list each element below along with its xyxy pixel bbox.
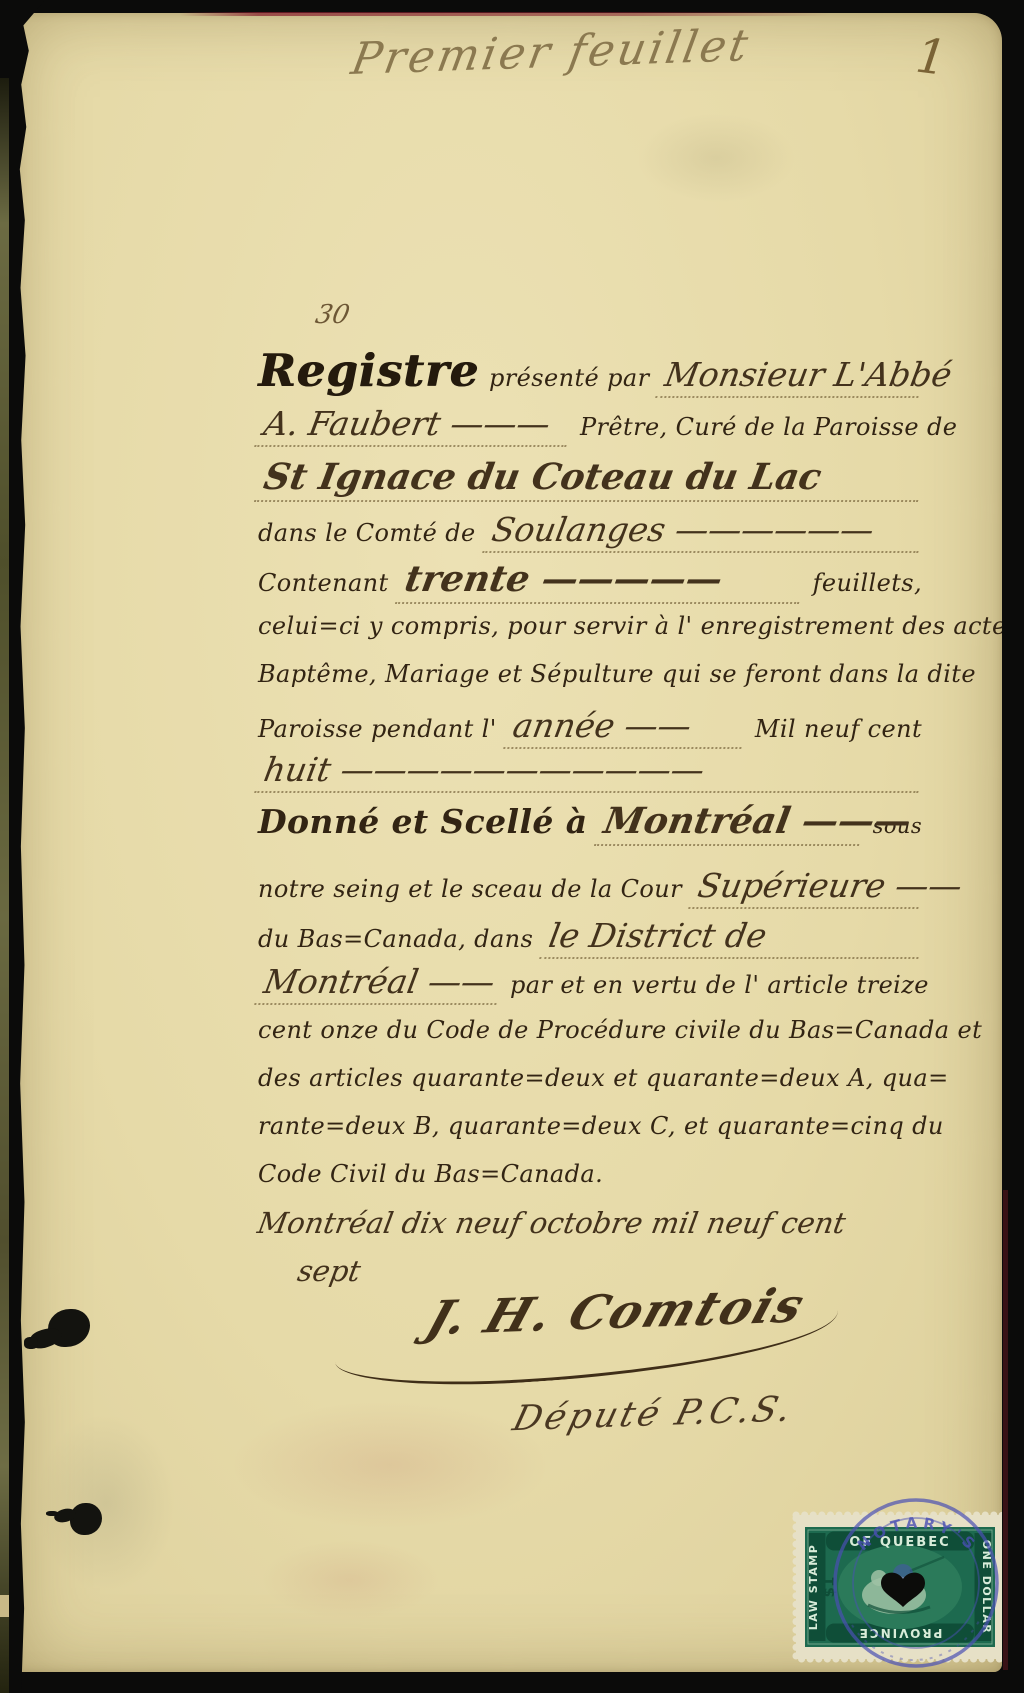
form-line-2: A. Faubert ——— Prêtre, Curé de la Parois… [258, 404, 922, 447]
printed-text: par et en vertu de l' article treize [510, 971, 922, 999]
printed-text: notre seing et le sceau de la Cour [258, 875, 682, 903]
spine-paper-chip [0, 1595, 10, 1617]
red-edge-mark [180, 12, 830, 16]
ink-blot [46, 1491, 108, 1553]
document-page: Premier feuillet 1 30 Registre présenté … [16, 13, 1002, 1672]
handwritten-entry: Montréal —— [254, 962, 504, 1005]
form-line-7: Baptême, Mariage et Sépulture qui se fer… [258, 660, 922, 688]
printed-text: Prêtre, Curé de la Paroisse de [580, 413, 922, 441]
handwritten-entry: A. Faubert ——— [254, 404, 574, 447]
printed-text: feuillets, [813, 569, 922, 597]
handwritten-entry: année —— [503, 706, 749, 749]
handwritten-date: sept [295, 1254, 363, 1288]
form-title: Registre [258, 344, 479, 397]
printed-text: Donné et Scellé à [258, 802, 588, 841]
handwritten-entry: Montréal ——— [593, 800, 866, 846]
maroon-edge-mark [1003, 1190, 1008, 1670]
handwritten-entry: Monsieur L'Abbé [656, 355, 926, 398]
form-line-1: Registre présenté par Monsieur L'Abbé [258, 344, 922, 398]
ink-blot [24, 1303, 96, 1373]
stamp-left-text: LAW STAMP [807, 1544, 820, 1631]
form-line-15: des articles quarante=deux et quarante=d… [258, 1064, 922, 1092]
signature-title: Député P.C.S. [509, 1383, 993, 1439]
form-line-8: Paroisse pendant l' année —— Mil neuf ce… [258, 706, 922, 749]
law-stamp: OF QUEBEC PROVINCE LAW STAMP ONE DOLLAR … [782, 1475, 1002, 1672]
printed-text: dans le Comté de [258, 519, 476, 547]
printed-text: Baptême, Mariage et Sépulture qui se fer… [258, 660, 976, 688]
printed-text: des articles quarante=deux et quarante=d… [258, 1064, 949, 1092]
printed-text: Paroisse pendant l' [258, 715, 497, 743]
form-line-5: Contenant trente ————— feuillets, [258, 558, 922, 604]
form-line-12: du Bas=Canada, dans le District de [258, 916, 922, 959]
form-line-17: Code Civil du Bas=Canada. [258, 1160, 922, 1188]
printed-text: Contenant [258, 569, 389, 597]
form-line-4: dans le Comté de Soulanges —————— [258, 510, 922, 553]
handwritten-entry: le District de [539, 916, 925, 959]
form-line-3: St Ignace du Coteau du Lac [258, 456, 922, 502]
form-line-9: huit ——————————— [258, 750, 922, 793]
handwritten-entry: Supérieure —— [688, 866, 926, 909]
scanned-register-page: Premier feuillet 1 30 Registre présenté … [0, 0, 1024, 1693]
printed-text: Mil neuf cent [755, 715, 922, 743]
paper-stain [636, 113, 796, 203]
form-line-13: Montréal —— par et en vertu de l' articl… [258, 962, 922, 1005]
printed-text: du Bas=Canada, dans [258, 925, 533, 953]
printed-text: présenté par [489, 364, 649, 392]
handwritten-entry: Soulanges —————— [482, 510, 926, 553]
printed-text: celui=ci y compris, pour servir à l' enr… [258, 612, 1002, 640]
handwritten-entry: trente ————— [395, 558, 807, 604]
form-line-14: cent onze du Code de Procédure civile du… [258, 1016, 922, 1044]
handwritten-date: Montréal dix neuf octobre mil neuf cent [255, 1206, 848, 1240]
handwritten-entry: huit ——————————— [254, 750, 926, 793]
form-line-6: celui=ci y compris, pour servir à l' enr… [258, 612, 922, 640]
register-form: Registre présenté par Monsieur L'Abbé A.… [258, 338, 922, 1318]
page-number: 1 [913, 28, 979, 91]
paper-stain [260, 1540, 440, 1620]
paper-stain [230, 1400, 550, 1530]
form-line-16: rante=deux B, quarante=deux C, et quaran… [258, 1112, 922, 1140]
form-line-10: Donné et Scellé à Montréal ——— sous [258, 800, 922, 846]
form-line-18: Montréal dix neuf octobre mil neuf cent [258, 1206, 922, 1240]
form-line-11: notre seing et le sceau de la Cour Supér… [258, 866, 922, 909]
handwritten-entry: St Ignace du Coteau du Lac [254, 456, 926, 502]
premier-feuillet-note: Premier feuillet [312, 19, 791, 87]
printed-text: rante=deux B, quarante=deux C, et quaran… [258, 1112, 944, 1140]
register-number: 30 [313, 300, 352, 330]
printed-text: cent onze du Code de Procédure civile du… [258, 1016, 982, 1044]
printed-text: Code Civil du Bas=Canada. [258, 1160, 603, 1188]
law-stamp-svg: OF QUEBEC PROVINCE LAW STAMP ONE DOLLAR … [782, 1475, 1002, 1672]
